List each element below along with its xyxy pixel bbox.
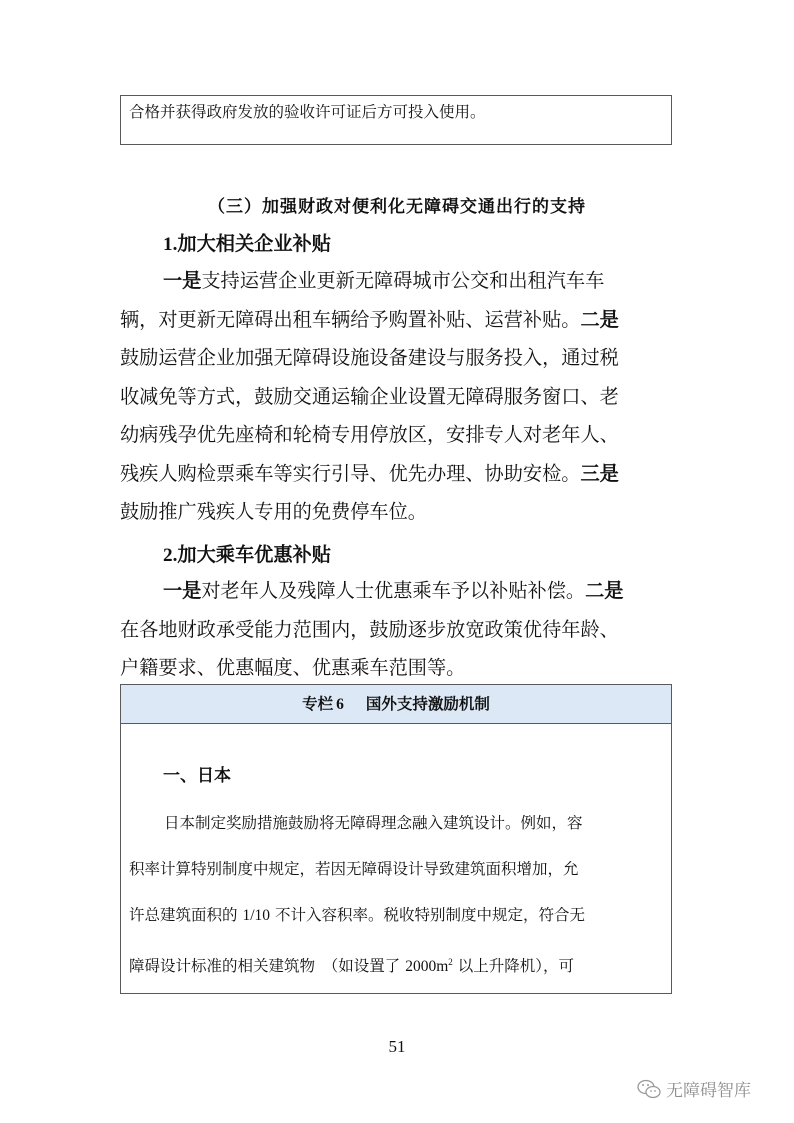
watermark-text: 无障碍智库 [666, 1076, 751, 1101]
column-header: 专栏6国外支持激励机制 [121, 685, 671, 724]
feature-column-box: 专栏6国外支持激励机制 一、日本 日本制定奖励措施鼓励将无障碍理念融入建筑设计。… [120, 684, 672, 994]
country-heading: 一、日本 [163, 761, 231, 786]
page-number: 51 [0, 1037, 794, 1057]
watermark: 无障碍智库 [636, 1076, 751, 1101]
subsection-1-body: 一是支持运营企业更新无障碍城市公交和出租汽车车 辆，对更新无障碍出租车辆给予购置… [120, 262, 676, 532]
wechat-icon [636, 1078, 662, 1100]
box-text: 合格并获得政府发放的验收许可证后方可投入使用。 [129, 100, 486, 122]
section-heading: （三）加强财政对便利化无障碍交通出行的支持 [0, 192, 794, 217]
subsection-2-body: 一是对老年人及残障人士优惠乘车予以补贴补偿。二是 在各地财政承受能力范围内，鼓励… [120, 572, 676, 688]
subsection-heading-2: 2.加大乘车优惠补贴 [163, 540, 331, 567]
subsection-heading-1: 1.加大相关企业补贴 [163, 229, 331, 256]
column-body: 日本制定奖励措施鼓励将无障碍理念融入建筑设计。例如，容 积率计算特别制度中规定，… [129, 800, 669, 990]
continued-box: 合格并获得政府发放的验收许可证后方可投入使用。 [120, 95, 672, 145]
